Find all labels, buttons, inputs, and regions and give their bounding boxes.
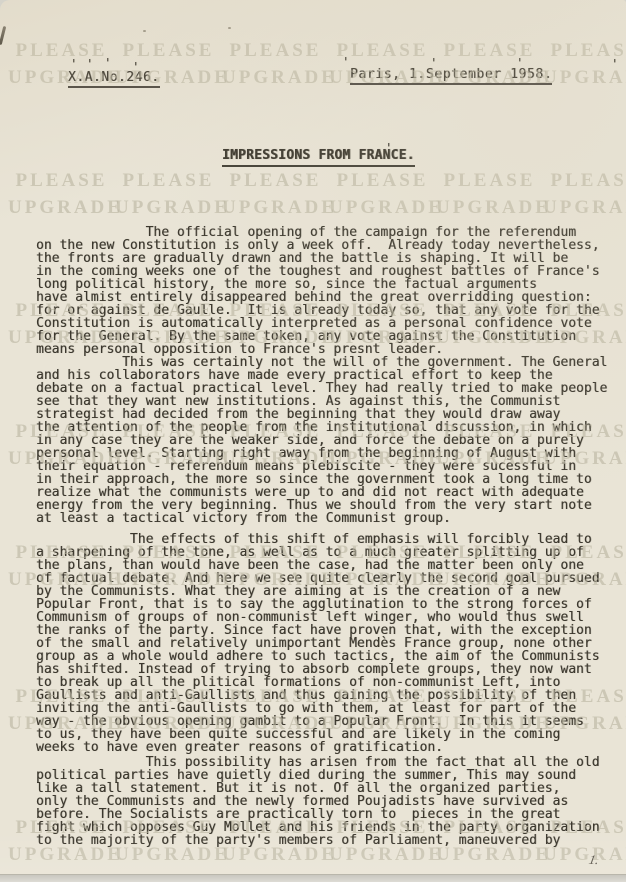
watermark-text: PLEASE (436, 40, 543, 62)
watermark-text: PLEASE (8, 170, 115, 192)
document-body: The official opening of the campaign for… (36, 226, 607, 847)
watermark-text: PLEASE (436, 170, 543, 192)
paragraph: This possibility has arisen from the fac… (36, 756, 607, 847)
document-reference: X.A.No.246. (68, 70, 160, 88)
stray-apostrophe-mark: ' (611, 57, 618, 71)
watermark-text: UPGRADE (329, 197, 436, 219)
watermark-text: UPGRADE (8, 197, 115, 219)
watermark-row: PLEASEPLEASEPLEASEPLEASEPLEASEPLEASE (8, 40, 626, 62)
text-line: to the majority of the party's members o… (36, 834, 607, 847)
watermark-text: PLEASE (8, 40, 115, 62)
watermark-row: PLEASEPLEASEPLEASEPLEASEPLEASEPLEASE (8, 170, 626, 192)
ink-speck (228, 27, 231, 29)
paragraph: The official opening of the campaign for… (36, 226, 607, 356)
scan-bottom-edge (0, 874, 626, 882)
paragraph: The effects of this shift of emphasis wi… (36, 533, 607, 754)
stray-apostrophe-mark: ' (385, 141, 392, 155)
watermark-row: UPGRADEUPGRADEUPGRADEUPGRADEUPGRADEUPGRA… (8, 197, 626, 219)
stray-apostrophe-mark: ' (430, 56, 437, 70)
watermark-text: PLEASE (222, 170, 329, 192)
stray-apostrophe-mark: ' (86, 57, 93, 71)
stray-apostrophe-mark: ' (342, 55, 349, 69)
watermark-text: UPGRADE (543, 197, 626, 219)
stray-apostrophe-mark: ' (516, 56, 523, 70)
page-number: 1. (588, 852, 601, 868)
watermark-text: PLEASE (115, 40, 222, 62)
text-line: at least a tactical victory from the Com… (36, 512, 607, 525)
watermark-text: UPGRADE (222, 67, 329, 89)
watermark-text: UPGRADE (436, 197, 543, 219)
watermark-text: UPGRADE (115, 197, 222, 219)
text-line: weeks to have even greater reasons of gr… (36, 741, 607, 754)
page-curl-mark (0, 26, 6, 45)
paragraph: This was certainly not the will of the g… (36, 356, 607, 525)
ink-speck (143, 30, 146, 32)
watermark-text: UPGRADE (222, 197, 329, 219)
scanned-document-page: PLEASEPLEASEPLEASEPLEASEPLEASEPLEASEUPGR… (0, 0, 626, 882)
watermark-text: PLEASE (329, 170, 436, 192)
watermark-text: PLEASE (543, 170, 626, 192)
stray-apostrophe-mark: ' (132, 60, 139, 74)
stray-apostrophe-mark: ' (104, 56, 111, 70)
stray-apostrophe-mark: ' (70, 57, 77, 71)
watermark-text: PLEASE (115, 170, 222, 192)
watermark-text: PLEASE (222, 40, 329, 62)
